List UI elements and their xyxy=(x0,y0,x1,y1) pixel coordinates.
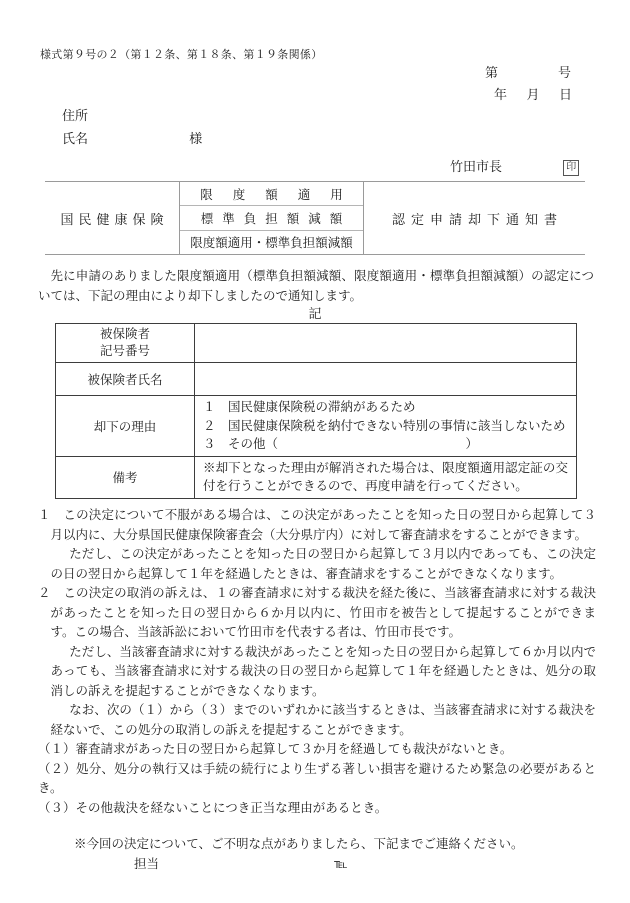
address-label: 住所 xyxy=(62,105,88,124)
name-label: 氏名 xyxy=(62,131,88,146)
insured-name-value xyxy=(195,363,577,396)
date-year-label: 年 xyxy=(494,84,507,103)
title-option-1: 限度額適用 xyxy=(180,182,363,205)
title-left: 国民健康保険 xyxy=(45,182,184,254)
note-2-exception: なお、次の（１）から（３）までのいずれかに該当するときは、当該審査請求に対する裁… xyxy=(38,701,596,740)
doc-number-prefix: 第 xyxy=(485,62,498,81)
note-2: ２ この決定の取消の訴えは、１の審査請求に対する裁決を経た後に、当該審査請求に対… xyxy=(38,584,596,643)
insured-name-header: 被保険者氏名 xyxy=(56,363,195,396)
note-2-proviso: ただし、当該審査請求に対する裁決があったことを知った日の翌日から起算して６か月以… xyxy=(38,643,596,702)
note-1-proviso: ただし、この決定があったことを知った日の翌日から起算して３月以内であっても、この… xyxy=(38,545,596,584)
insured-number-value xyxy=(195,324,577,363)
exception-item-1: （１）審査請求があった日の翌日から起算して３か月を経過しても裁決がないとき。 xyxy=(38,740,596,760)
reason-item-2: ２ 国民健康保険税を納付できない特別の事情に該当しないため xyxy=(203,417,568,436)
reason-item-3: ３ その他（ ） xyxy=(203,435,568,454)
seal-mark: 印 xyxy=(563,160,579,176)
title-option-2: 標準負担額減額 xyxy=(180,205,363,230)
document-title-block: 国民健康保険 限度額適用 標準負担額減額 限度額適用・標準負担額減額 認定申請却… xyxy=(45,181,585,255)
title-option-3: 限度額適用・標準負担額減額 xyxy=(180,231,363,254)
exception-item-2: （２）処分、処分の執行又は手続の続行により生ずる著しい損害を避けるため緊急の必要… xyxy=(38,760,596,799)
document-number-line: 第 号 xyxy=(485,62,571,81)
contact-line: 担当 ℡ xyxy=(38,855,596,875)
name-row: 氏名 様 xyxy=(62,128,202,147)
remarks-header: 備考 xyxy=(56,456,195,498)
tel-label: ℡ xyxy=(334,857,347,871)
legal-notes: １ この決定について不服がある場合は、この決定があったことを知った日の翌日から起… xyxy=(38,506,596,874)
table-row-insured-name: 被保険者氏名 xyxy=(56,363,577,396)
title-options-cell: 限度額適用 標準負担額減額 限度額適用・標準負担額減額 xyxy=(179,182,364,254)
remarks-value: ※却下となった理由が解消された場合は、限度額適用認定証の交付を行うことができるの… xyxy=(195,456,577,498)
title-right: 認定申請却下通知書 xyxy=(364,182,591,254)
table-row-remarks: 備考 ※却下となった理由が解消された場合は、限度額適用認定証の交付を行うことがで… xyxy=(56,456,577,498)
insured-number-header: 被保険者 記号番号 xyxy=(56,324,195,363)
issuer-title: 竹田市長 xyxy=(450,159,502,174)
rejection-reason-value: １ 国民健康保険税の滞納があるため ２ 国民健康保険税を納付できない特別の事情に… xyxy=(195,396,577,457)
form-number: 様式第９号の２（第１２条、第１８条、第１９条関係） xyxy=(40,46,323,62)
honorific-label: 様 xyxy=(189,131,202,146)
document-page: 様式第９号の２（第１２条、第１８条、第１９条関係） 第 号 年 月 日 住所 氏… xyxy=(0,0,630,903)
date-line: 年 月 日 xyxy=(494,84,572,103)
staff-label: 担当 xyxy=(134,857,159,871)
issuer-row: 竹田市長 印 xyxy=(450,156,579,176)
table-row-insured-number: 被保険者 記号番号 xyxy=(56,324,577,363)
ki-heading: 記 xyxy=(0,303,630,322)
contact-note: ※今回の決定について、ご不明な点がありましたら、下記までご連絡ください。 xyxy=(38,835,596,855)
note-1: １ この決定について不服がある場合は、この決定があったことを知った日の翌日から起… xyxy=(38,506,596,545)
date-day-label: 日 xyxy=(559,84,572,103)
exception-item-3: （３）その他裁決を経ないことにつき正当な理由があるとき。 xyxy=(38,799,596,819)
rejection-reason-header: 却下の理由 xyxy=(56,396,195,457)
intro-paragraph: 先に申請のありました限度額適用（標準負担額減額、限度額適用・標準負担額減額）の認… xyxy=(38,266,594,306)
rejection-table: 被保険者 記号番号 被保険者氏名 却下の理由 １ 国民健康保険税の滞納があるため… xyxy=(55,323,577,499)
reason-item-1: １ 国民健康保険税の滞納があるため xyxy=(203,398,568,417)
date-month-label: 月 xyxy=(526,84,539,103)
table-row-rejection-reason: 却下の理由 １ 国民健康保険税の滞納があるため ２ 国民健康保険税を納付できない… xyxy=(56,396,577,457)
doc-number-suffix: 号 xyxy=(558,62,571,81)
